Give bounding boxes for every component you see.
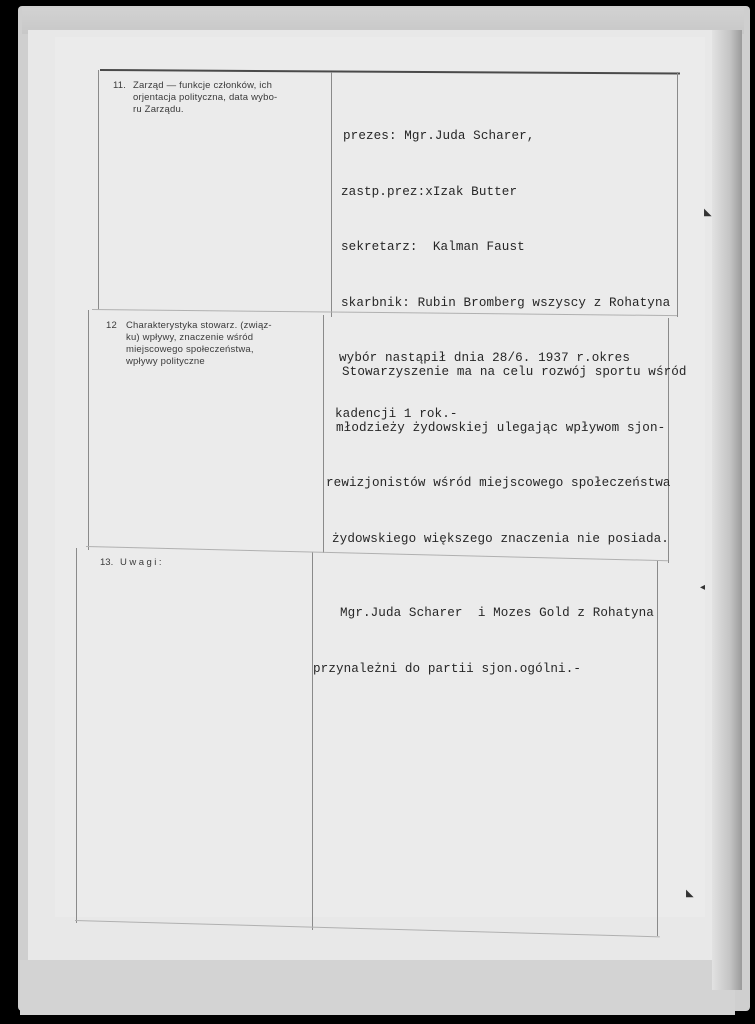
table-left-border-2 <box>88 310 89 550</box>
section-11-label: 11.Zarząd — funkcje członków, ich orjent… <box>113 80 323 116</box>
table-right-border-3 <box>657 560 658 936</box>
section-number: 12 <box>106 320 126 332</box>
scan-mark: ◣ <box>686 888 694 899</box>
section-13-label: 13.Uwagi: <box>100 557 300 569</box>
table-right-border <box>677 72 678 317</box>
section-number: 11. <box>113 80 133 92</box>
section-13-content: Mgr.Juda Scharer i Mozes Gold z Rohatyna… <box>313 567 654 697</box>
section-12-label: 12Charakterystyka stowarz. (związ- ku) w… <box>106 320 314 368</box>
scan-mark: ◂ <box>700 582 705 593</box>
scan-mark: ◣ <box>704 207 712 218</box>
section-12-content: Stowarzyszenie ma na celu rozwój sportu … <box>326 326 687 567</box>
table-left-border-3 <box>76 548 77 923</box>
section-number: 13. <box>100 557 120 569</box>
column-divider-1 <box>331 72 332 317</box>
page-right-edge <box>712 30 742 990</box>
scan-bottom-edge <box>20 960 735 1015</box>
column-divider-2 <box>323 315 324 553</box>
table-left-border <box>98 70 99 310</box>
